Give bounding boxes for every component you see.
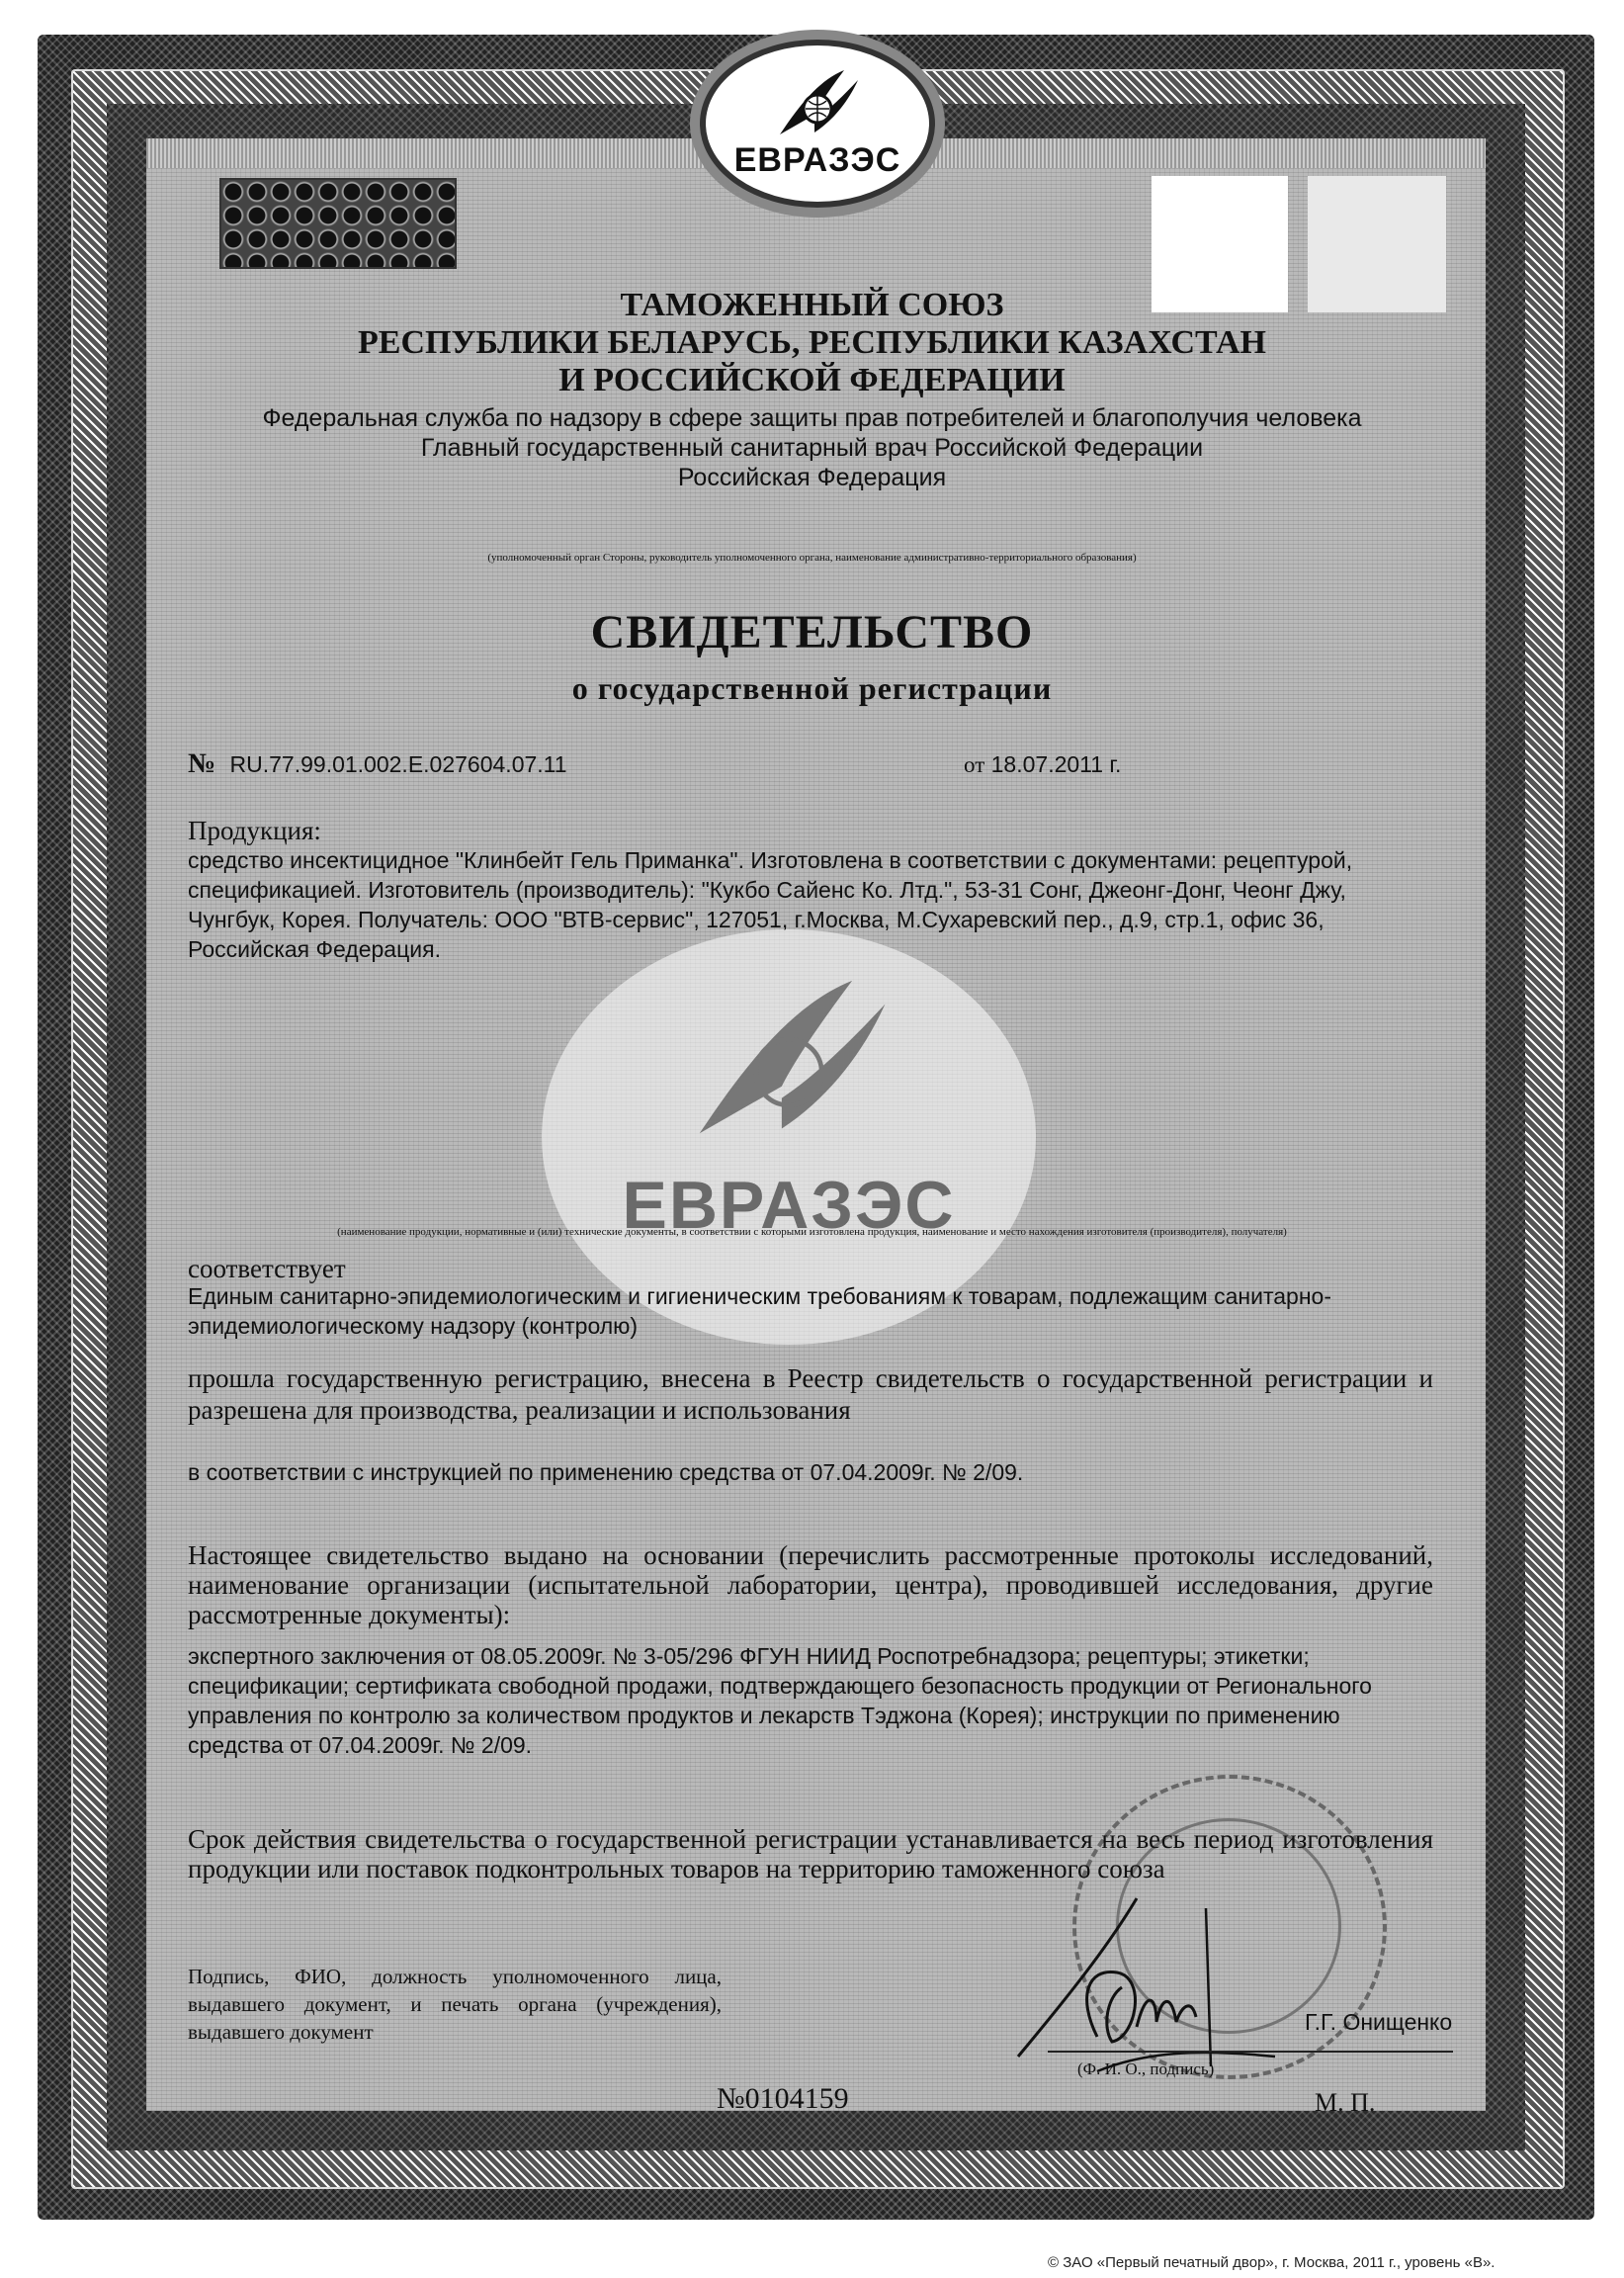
authority-line-1: Федеральная служба по надзору в сфере за… <box>0 403 1624 433</box>
signatory-name: Г.Г. Онищенко <box>1305 2007 1452 2037</box>
authority-footnote: (уполномоченный орган Стороны, руководит… <box>0 552 1624 564</box>
number-sign: № <box>188 748 215 779</box>
registration-date-row: от 18.07.2011 г. <box>964 749 1121 780</box>
registry-detail: в соответствии с инструкцией по применен… <box>188 1457 1023 1487</box>
union-heading-line-1: ТАМОЖЕННЫЙ СОЮЗ <box>0 287 1624 324</box>
registration-number: RU.77.99.01.002.Е.027604.07.11 <box>230 751 567 777</box>
validity-text: Срок действия свидетельства о государств… <box>188 1824 1433 1884</box>
form-serial-number: №0104159 <box>717 2084 849 2114</box>
union-heading-line-3: И РОССИЙСКОЙ ФЕДЕРАЦИИ <box>0 362 1624 399</box>
fio-label: (Ф. И. О., подпись) <box>1077 2055 1214 2084</box>
conformity-label: соответствует <box>188 1254 346 1283</box>
eurasec-globe-icon <box>775 65 860 144</box>
product-label: Продукция: <box>188 816 321 845</box>
authority-line-3: Российская Федерация <box>0 463 1624 492</box>
conformity-text: Единым санитарно-эпидемиологическим и ги… <box>188 1281 1423 1341</box>
signature-caption: Подпись, ФИО, должность уполномоченного … <box>188 1963 722 2046</box>
registry-statement: прошла государственную регистрацию, внес… <box>188 1362 1433 1426</box>
date-label: от <box>964 752 984 777</box>
document-subtitle: о государственной регистрации <box>0 670 1624 707</box>
handwritten-signature <box>1008 1879 1285 2076</box>
printer-copyright: © ЗАО «Первый печатный двор», г. Москва,… <box>1048 2254 1495 2271</box>
registration-number-row: № RU.77.99.01.002.Е.027604.07.11 <box>188 749 567 779</box>
registration-date: 18.07.2011 г. <box>991 751 1122 777</box>
basis-label: Настоящее свидетельство выдано на основа… <box>188 1540 1433 1629</box>
seal-placement-label: М. П. <box>1315 2088 1375 2118</box>
union-heading-line-2: РЕСПУБЛИКИ БЕЛАРУСЬ, РЕСПУБЛИКИ КАЗАХСТА… <box>0 324 1624 362</box>
eurasec-emblem: ЕВРАЗЭС <box>700 40 935 208</box>
basis-text: экспертного заключения от 08.05.2009г. №… <box>188 1641 1433 1760</box>
signature-line <box>1048 2051 1453 2053</box>
watermark-globe-icon <box>650 969 927 1157</box>
hologram-sticker <box>219 178 457 269</box>
emblem-label: ЕВРАЗЭС <box>706 141 929 180</box>
authority-line-2: Главный государственный санитарный врач … <box>0 433 1624 463</box>
product-footnote: (наименование продукции, нормативные и (… <box>0 1226 1624 1238</box>
document-title: СВИДЕТЕЛЬСТВО <box>0 605 1624 659</box>
